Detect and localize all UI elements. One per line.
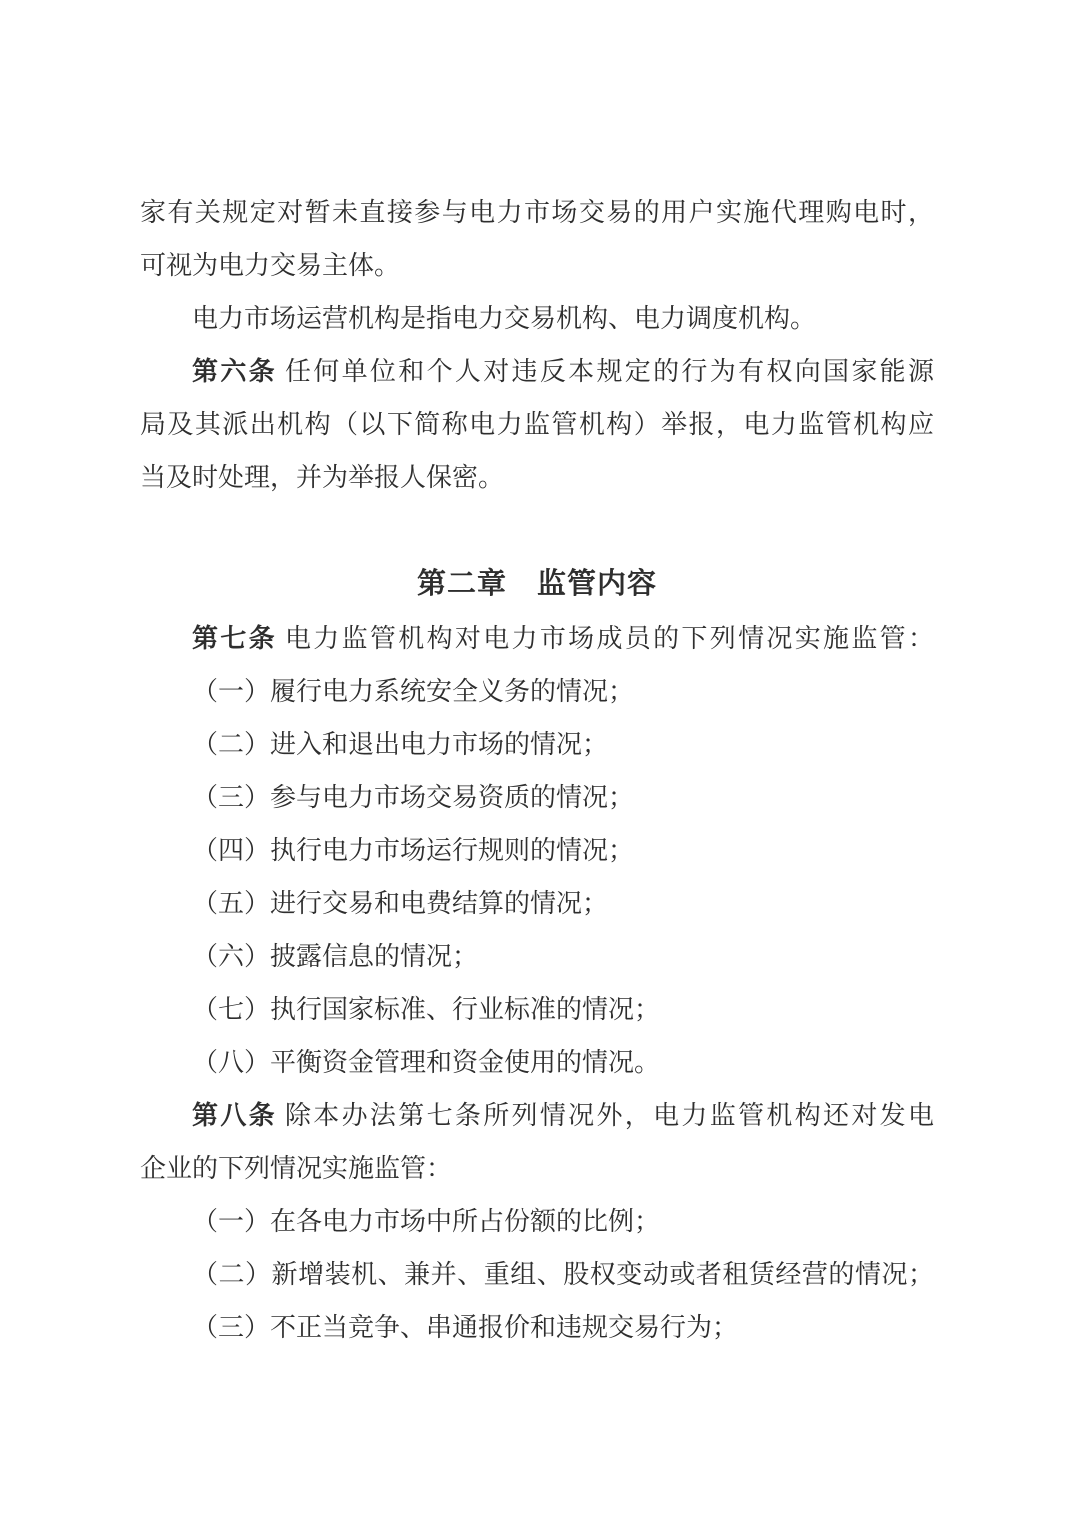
article-6-line-1: 第六条任何单位和个人对违反本规定的行为有权向国家能源 [140,345,934,398]
paragraph-line: 电力市场运营机构是指电力交易机构、电力调度机构。 [140,292,934,345]
chapter-heading: 第二章 监管内容 [140,556,934,612]
article-7-line-1: 第七条电力监管机构对电力市场成员的下列情况实施监管： [140,612,934,665]
article-7-item-2: （二）进入和退出电力市场的情况； [140,718,934,771]
article-8-line-2: 企业的下列情况实施监管： [140,1142,934,1195]
article-7-item-6: （六）披露信息的情况； [140,930,934,983]
article-8-item-1: （一）在各电力市场中所占份额的比例； [140,1195,934,1248]
article-6-line-3: 当及时处理，并为举报人保密。 [140,451,934,504]
paragraph-line: 可视为电力交易主体。 [140,239,934,292]
article-8-line-1: 第八条除本办法第七条所列情况外，电力监管机构还对发电 [140,1089,934,1142]
paragraph-line: 家有关规定对暂未直接参与电力市场交易的用户实施代理购电时， [140,186,934,239]
article-8-text: 除本办法第七条所列情况外，电力监管机构还对发电 [285,1101,934,1130]
article-7-item-1: （一）履行电力系统安全义务的情况； [140,665,934,718]
article-8-item-3: （三）不正当竞争、串通报价和违规交易行为； [140,1301,934,1354]
article-6-line-2: 局及其派出机构（以下简称电力监管机构）举报，电力监管机构应 [140,398,934,451]
article-7-text: 电力监管机构对电力市场成员的下列情况实施监管： [285,624,934,653]
article-6-text: 任何单位和个人对违反本规定的行为有权向国家能源 [285,357,934,386]
article-7-item-5: （五）进行交易和电费结算的情况； [140,877,934,930]
article-7-item-3: （三）参与电力市场交易资质的情况； [140,771,934,824]
article-6-label: 第六条 [192,357,277,386]
article-8-label: 第八条 [192,1101,277,1130]
document-page: 家有关规定对暂未直接参与电力市场交易的用户实施代理购电时， 可视为电力交易主体。… [0,0,1080,1527]
article-7-item-8: （八）平衡资金管理和资金使用的情况。 [140,1036,934,1089]
article-7-item-4: （四）执行电力市场运行规则的情况； [140,824,934,877]
article-8-item-2: （二）新增装机、兼并、重组、股权变动或者租赁经营的情况； [140,1248,934,1301]
article-7-item-7: （七）执行国家标准、行业标准的情况； [140,983,934,1036]
article-7-label: 第七条 [192,624,277,653]
